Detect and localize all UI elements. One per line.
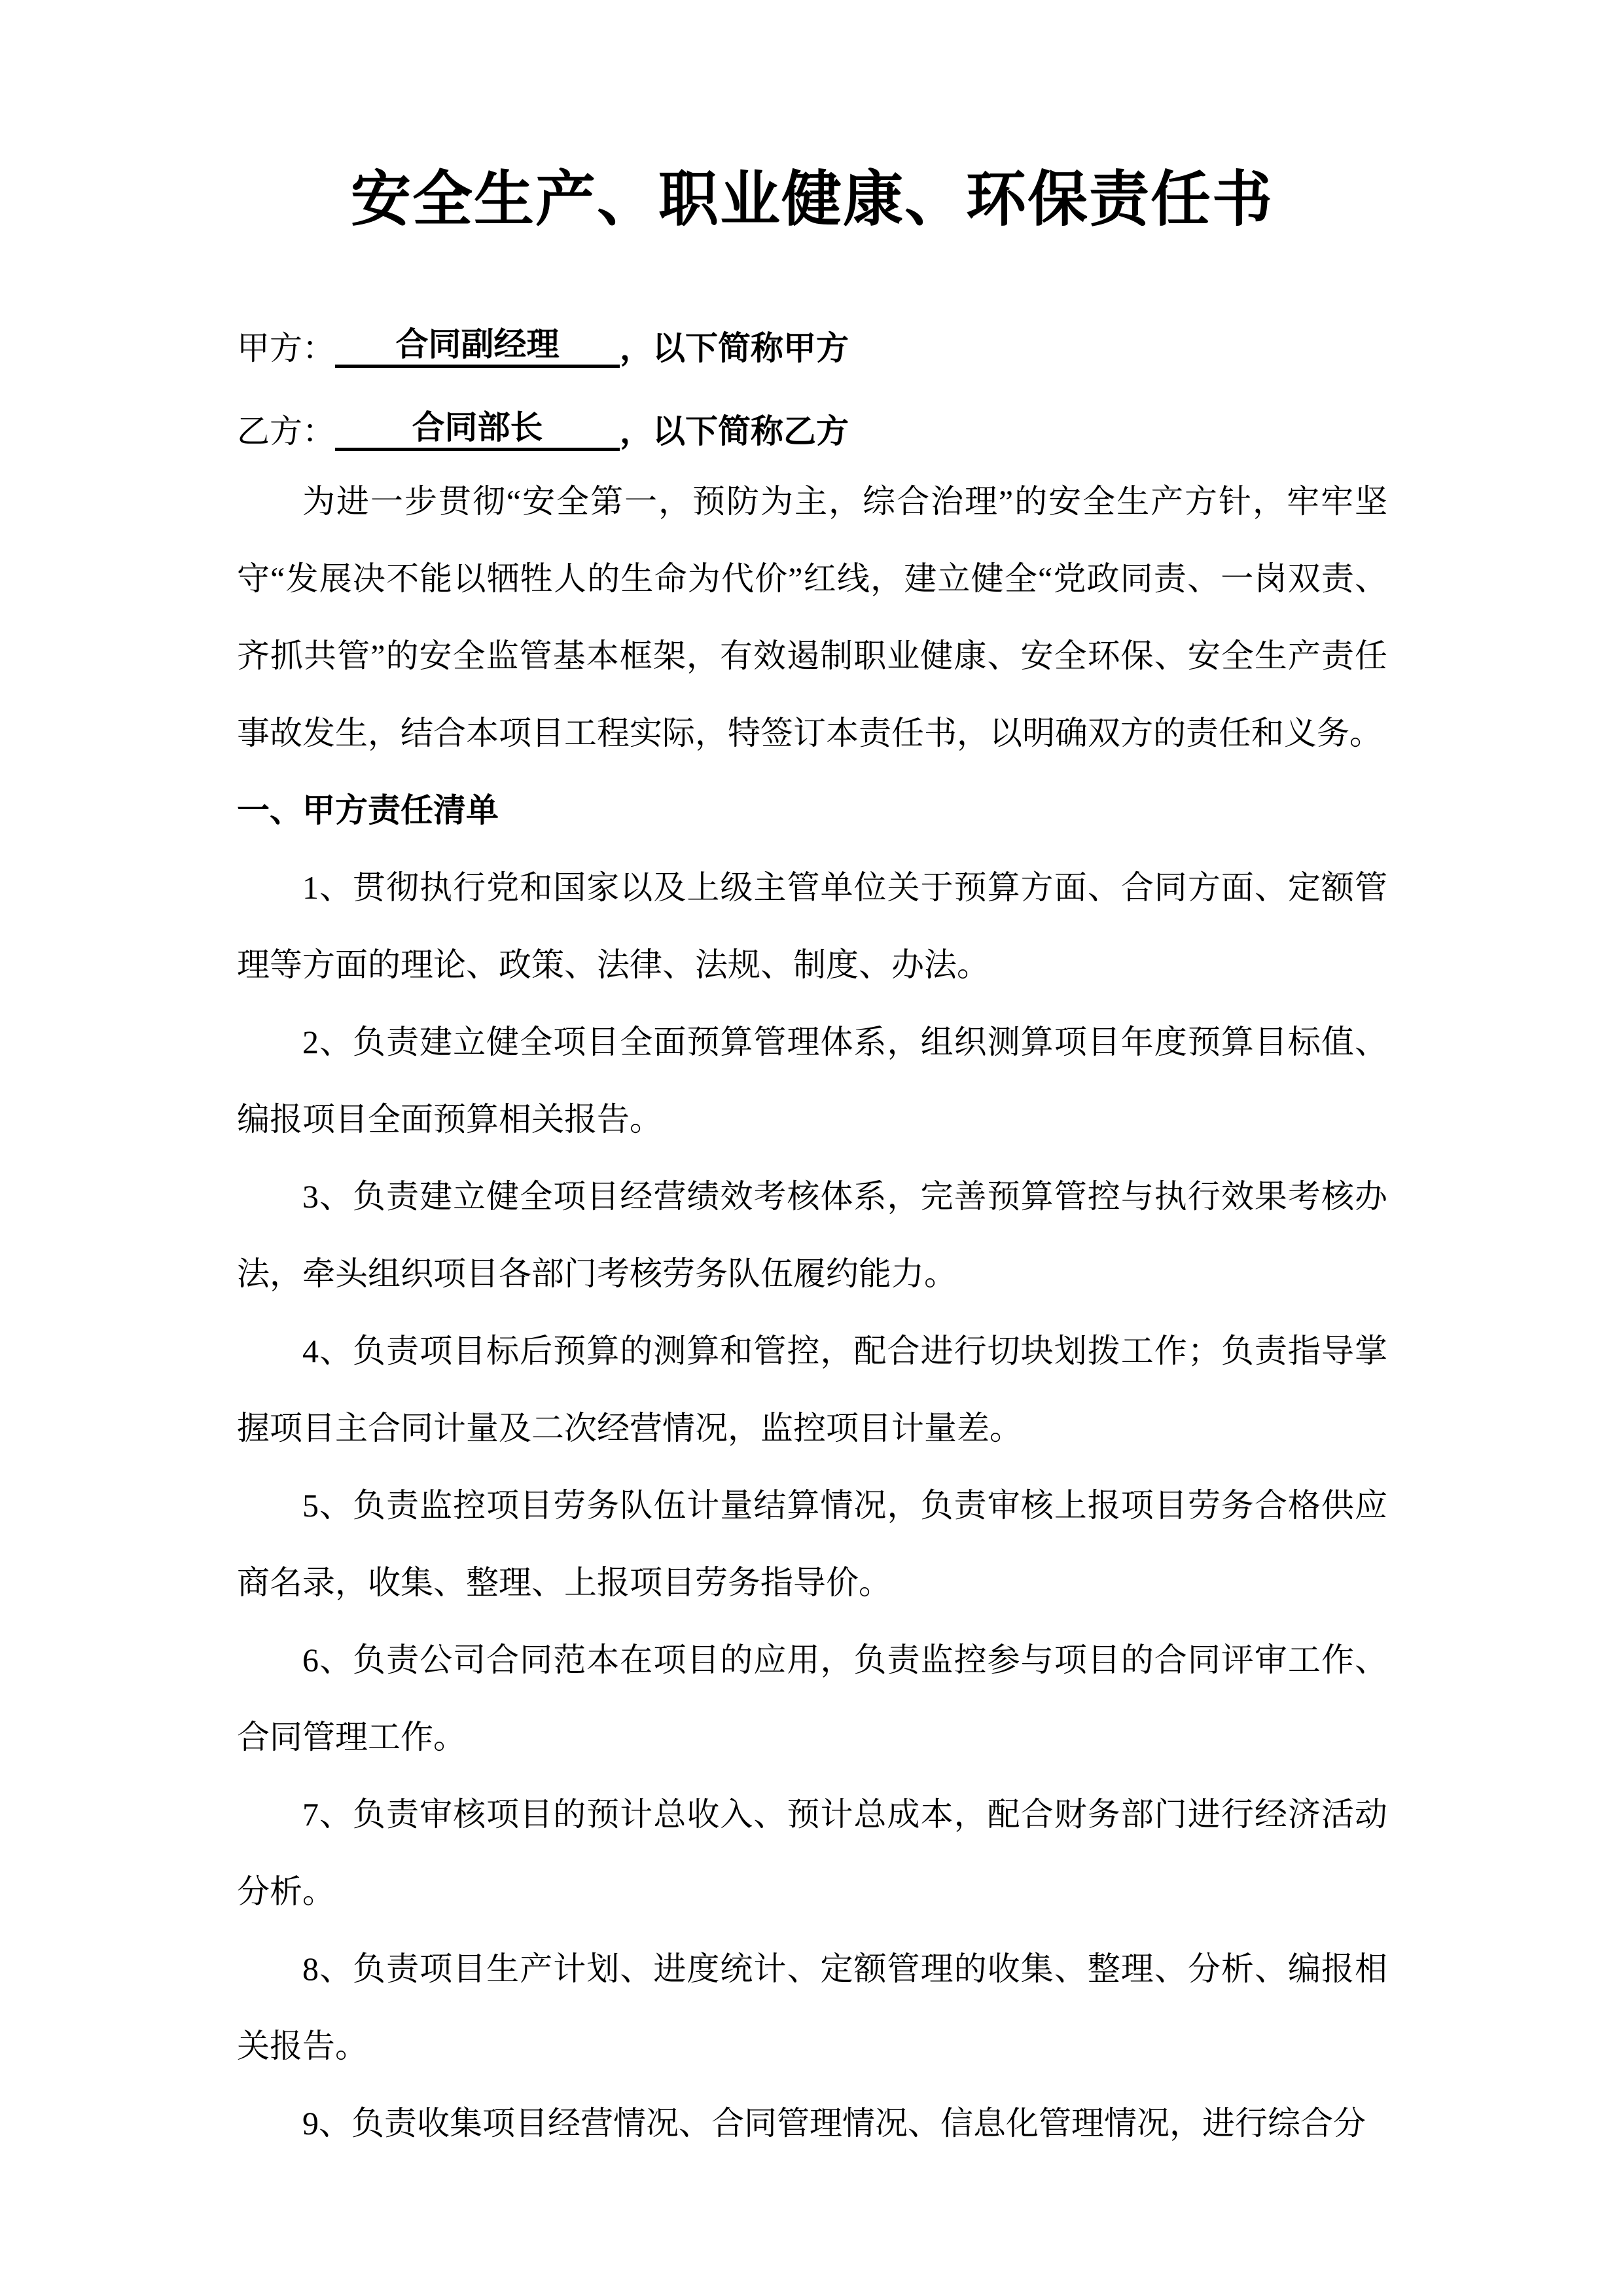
document-title: 安全生产、职业健康、环保责任书 [237,167,1387,232]
list-item: 6、负责公司合同范本在项目的应用，负责监控参与项目的合同评审工作、合同管理工作。 [237,1621,1387,1776]
party-a-label: 甲方： [237,330,335,367]
party-a-blank-field: 合同副经理 [335,324,620,368]
section-heading: 一、甲方责任清单 [237,772,1387,849]
list-item: 8、负责项目生产计划、进度统计、定额管理的收集、整理、分析、编报相关报告。 [237,1930,1387,2085]
party-b-blank-field: 合同部长 [335,407,620,451]
document-page: 安全生产、职业健康、环保责任书 甲方：合同副经理，以下简称甲方 乙方：合同部长，… [0,0,1623,2296]
party-b-label: 乙方： [237,413,335,450]
party-a-suffix: ，以下简称甲方 [620,330,849,367]
document-body: 为进一步贯彻“安全第一，预防为主，综合治理”的安全生产方针，牢牢坚守“发展决不能… [237,463,1387,2162]
list-item: 4、负责项目标后预算的测算和管控，配合进行切块划拨工作；负责指导掌握项目主合同计… [237,1312,1387,1467]
list-item: 9、负责收集项目经营情况、合同管理情况、信息化管理情况，进行综合分 [237,2085,1387,2162]
party-b-suffix: ，以下简称乙方 [620,413,849,450]
list-item: 7、负责审核项目的预计总收入、预计总成本，配合财务部门进行经济活动分析。 [237,1776,1387,1930]
responsibility-list: 1、贯彻执行党和国家以及上级主管单位关于预算方面、合同方面、定额管理等方面的理论… [237,849,1387,2162]
intro-paragraph: 为进一步贯彻“安全第一，预防为主，综合治理”的安全生产方针，牢牢坚守“发展决不能… [237,463,1387,772]
party-a-value: 合同副经理 [396,326,560,363]
party-b-value: 合同部长 [412,409,543,446]
list-item: 1、贯彻执行党和国家以及上级主管单位关于预算方面、合同方面、定额管理等方面的理论… [237,849,1387,1003]
list-item: 2、负责建立健全项目全面预算管理体系，组织测算项目年度预算目标值、编报项目全面预… [237,1003,1387,1158]
party-b-line: 乙方：合同部长，以下简称乙方 [237,407,1387,451]
list-item: 5、负责监控项目劳务队伍计量结算情况，负责审核上报项目劳务合格供应商名录，收集、… [237,1467,1387,1621]
party-a-line: 甲方：合同副经理，以下简称甲方 [237,324,1387,368]
list-item: 3、负责建立健全项目经营绩效考核体系，完善预算管控与执行效果考核办法，牵头组织项… [237,1158,1387,1312]
